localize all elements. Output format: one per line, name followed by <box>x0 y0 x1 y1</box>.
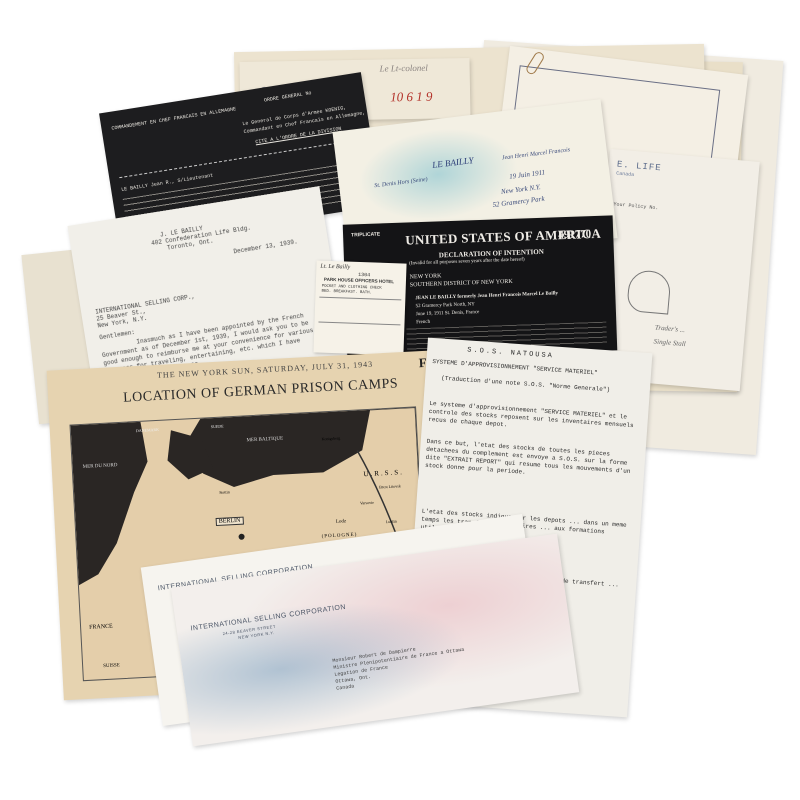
order-header-right: ORDRE GENERAL No <box>264 90 312 103</box>
map-label-berlin: BERLIN <box>216 517 244 526</box>
handwritten-note: Le Lt-colonel <box>380 63 428 74</box>
order-header-left: COMMANDEMENT EN CHEF FRANCAIS EN ALLEMAG… <box>111 106 236 132</box>
salutation: Gentlemen: <box>99 329 136 342</box>
applicant-address: 52 Gramercy Park North, NY <box>416 302 475 309</box>
map-label-lublin: Lublin <box>386 519 397 525</box>
officers-hotel-card: Lt. Le Bailly 1304 PARK HOUSE OFFICERS H… <box>313 260 406 355</box>
policy-heading: Your Policy No. <box>613 201 658 211</box>
memo-heading: S.O.S. NATOUSA <box>467 346 554 360</box>
copy-label: TRIPLICATE <box>351 231 380 238</box>
card-line-2: BED. BREAKFAST. BATH. <box>321 290 372 296</box>
memo-paragraph-1: Le systeme d'approvisionnement "SERVICE … <box>428 400 639 439</box>
state: NEW YORK <box>410 273 442 280</box>
handwritten-note-1: Trader's ... <box>655 323 686 334</box>
handwritten-note-2: Single Stall <box>653 337 686 348</box>
map-label-lodz: Lodz <box>336 519 347 525</box>
red-annotation: 10 6 1 9 <box>390 89 433 106</box>
letter-date: December 13, 1939. <box>233 238 298 255</box>
map-label-konigsberg: Konigsberg <box>321 435 340 441</box>
applicant-name: JEAN LE BAILLY formerly Jean Henri Franc… <box>415 291 558 301</box>
certificate-number: 491770 <box>558 228 591 241</box>
card-hotel-name: PARK HOUSE OFFICERS HOTEL <box>324 277 394 284</box>
memo-subtitle: (Traduction d'une note S.O.S. "Norme Gen… <box>441 375 610 394</box>
declaration-subtitle: (Invalid for all purposes seven years af… <box>409 257 525 266</box>
map-label-france: FRANCE <box>89 624 113 631</box>
newspaper-masthead: THE NEW YORK SUN, SATURDAY, JULY 31, 194… <box>157 360 374 380</box>
district: SOUTHERN DISTRICT OF NEW YORK <box>410 279 513 289</box>
memo-title: SYSTEME D'APPROVISIONNEMENT "SERVICE MAT… <box>432 358 598 377</box>
applicant-birth: June 19, 1911 St. Denis, France <box>416 310 480 317</box>
policy-sublabel: Canada <box>616 171 634 179</box>
newspaper-headline: LOCATION OF GERMAN PRISON CAMPS <box>123 376 399 406</box>
memo-paragraph-2: Dans ce but, l'etat des stocks de toutes… <box>425 438 637 485</box>
ink-stain <box>354 120 524 229</box>
card-table <box>318 297 401 326</box>
map-label-warsaw: Varsovie <box>360 500 374 506</box>
map-label-sweden: SUEDE <box>211 424 224 430</box>
map-label-switzerland: SUISSE <box>103 663 120 669</box>
card-handwritten-name: Lt. Le Bailly <box>320 264 350 271</box>
applicant-nationality: French <box>416 320 430 325</box>
pencil-sketch <box>626 269 672 315</box>
map-label-stettin: Stettin <box>219 489 230 495</box>
